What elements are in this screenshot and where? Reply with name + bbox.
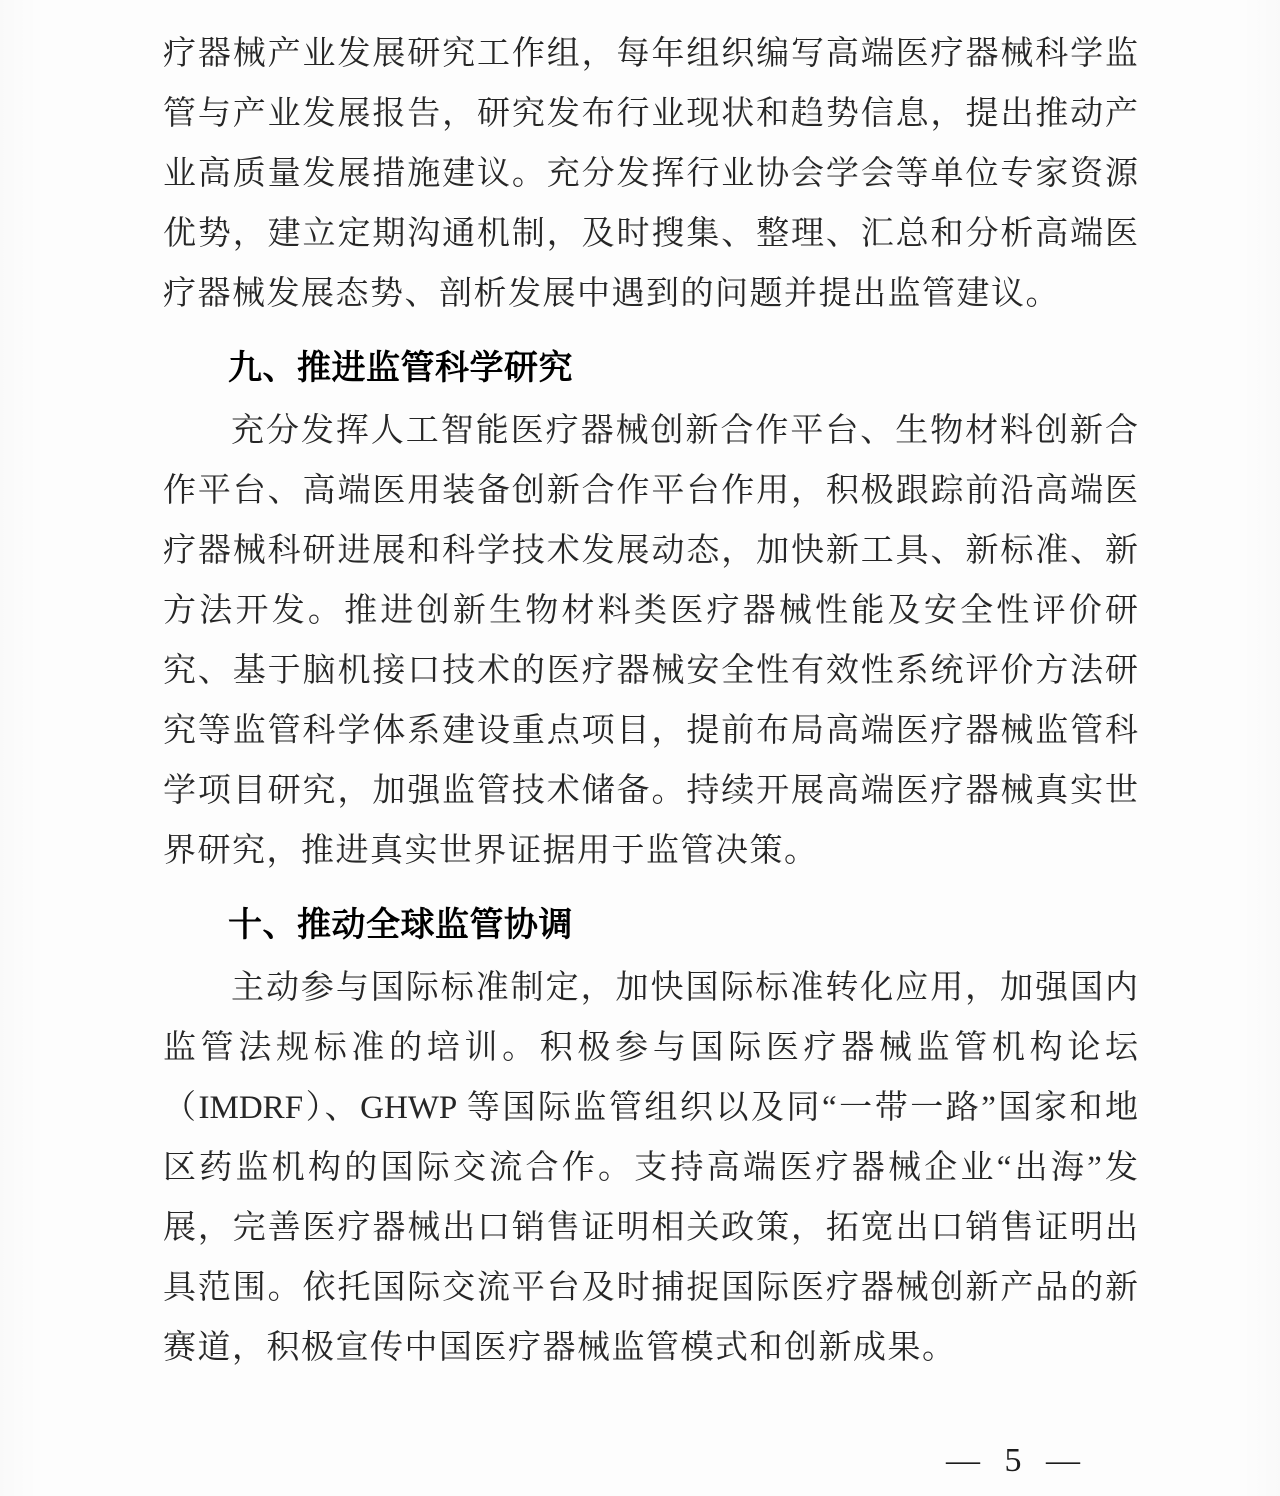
- text-line: 学项目研究，加强监管技术储备。持续开展高端医疗器械真实世: [163, 761, 1138, 821]
- text-line: （IMDRF）、GHWP 等国际监管组织以及同“一带一路”国家和地: [163, 1078, 1138, 1138]
- section-heading-nine: 九、推进监管科学研究: [163, 338, 1138, 398]
- document-page: 疗器械产业发展研究工作组，每年组织编写高端医疗器械科学监 管与产业发展报告，研究…: [0, 0, 1280, 1496]
- section-heading-ten: 十、推动全球监管协调: [163, 895, 1138, 955]
- text-column: 疗器械产业发展研究工作组，每年组织编写高端医疗器械科学监 管与产业发展报告，研究…: [163, 24, 1138, 1378]
- text-line: 界研究，推进真实世界证据用于监管决策。: [163, 821, 1138, 881]
- text-line: 业高质量发展措施建议。充分发挥行业协会学会等单位专家资源: [163, 144, 1138, 204]
- text-line: 主动参与国际标准制定，加快国际标准转化应用，加强国内: [163, 958, 1138, 1018]
- text-line: 究等监管科学体系建设重点项目，提前布局高端医疗器械监管科: [163, 701, 1138, 761]
- text-line: 方法开发。推进创新生物材料类医疗器械性能及安全性评价研: [163, 581, 1138, 641]
- text-line: 区药监机构的国际交流合作。支持高端医疗器械企业“出海”发: [163, 1138, 1138, 1198]
- text-line: 疗器械产业发展研究工作组，每年组织编写高端医疗器械科学监: [163, 24, 1138, 84]
- text-line: 疗器械发展态势、剖析发展中遇到的问题并提出监管建议。: [163, 264, 1138, 324]
- text-line: 究、基于脑机接口技术的医疗器械安全性有效性系统评价方法研: [163, 641, 1138, 701]
- text-line: 作平台、高端医用装备创新合作平台作用，积极跟踪前沿高端医: [163, 461, 1138, 521]
- text-line: 具范围。依托国际交流平台及时捕捉国际医疗器械创新产品的新: [163, 1258, 1138, 1318]
- text-line: 管与产业发展报告，研究发布行业现状和趋势信息，提出推动产: [163, 84, 1138, 144]
- page-number: — 5 —: [946, 1444, 1088, 1478]
- text-line: 赛道，积极宣传中国医疗器械监管模式和创新成果。: [163, 1318, 1138, 1378]
- text-line: 监管法规标准的培训。积极参与国际医疗器械监管机构论坛: [163, 1018, 1138, 1078]
- text-line: 展，完善医疗器械出口销售证明相关政策，拓宽出口销售证明出: [163, 1198, 1138, 1258]
- text-line: 疗器械科研进展和科学技术发展动态，加快新工具、新标准、新: [163, 521, 1138, 581]
- text-line: 优势，建立定期沟通机制，及时搜集、整理、汇总和分析高端医: [163, 204, 1138, 264]
- text-line: 充分发挥人工智能医疗器械创新合作平台、生物材料创新合: [163, 401, 1138, 461]
